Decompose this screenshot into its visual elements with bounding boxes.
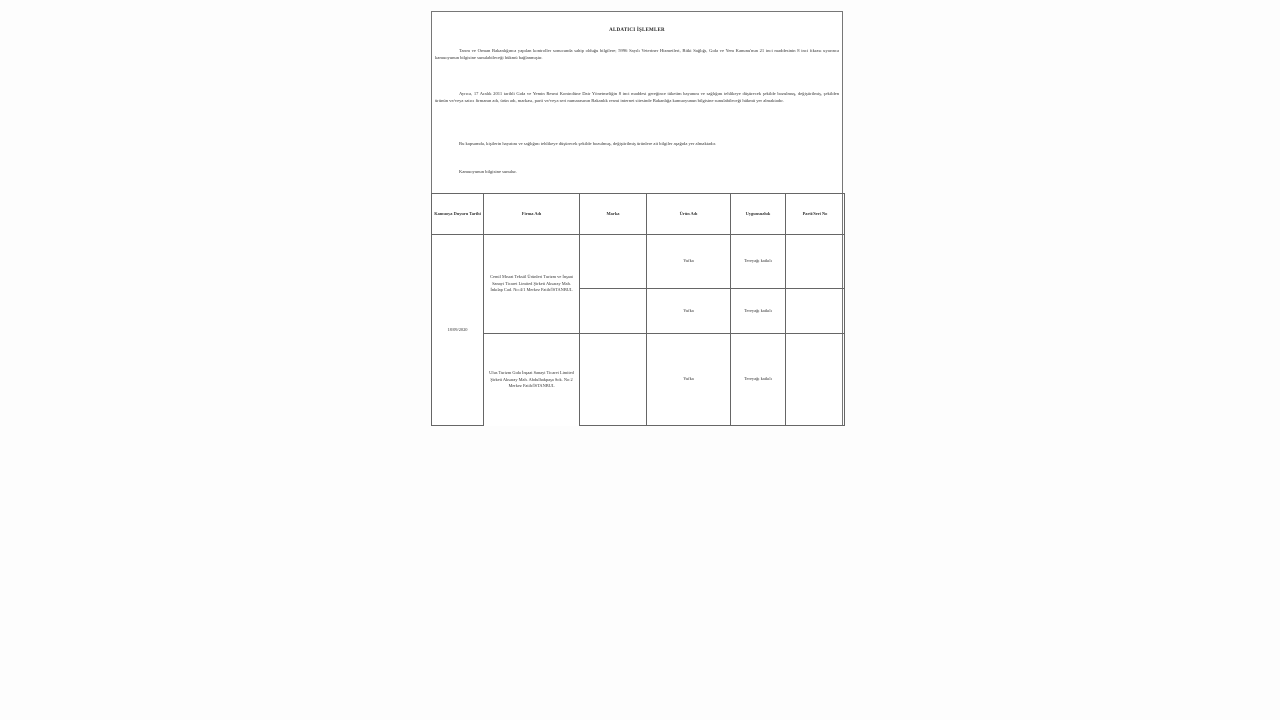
header-batch: Parti/Seri No <box>786 194 845 235</box>
brand-cell <box>580 235 647 289</box>
document-title: ALDATICI İŞLEMLER <box>432 28 842 33</box>
announcement-date: 18/09/2020 <box>432 235 484 426</box>
paragraph-1: Tarım ve Orman Bakanlığınca yapılan kont… <box>435 47 839 61</box>
nonconformity-cell: Tereyağı katkılı <box>731 289 786 334</box>
product-cell: Yufka <box>647 289 731 334</box>
batch-cell <box>786 235 845 289</box>
nonconformity-cell: Tereyağı katkılı <box>731 334 786 426</box>
header-firm: Firma Adı <box>484 194 580 235</box>
product-cell: Yufka <box>647 235 731 289</box>
header-nonconformity: Uygunsuzluk <box>731 194 786 235</box>
header-brand: Marka <box>580 194 647 235</box>
header-date: Kamuoya Duyuru Tarihi <box>432 194 484 235</box>
table-row: 18/09/2020 Cemil Mısrat Tekstil Ürünleri… <box>432 235 845 289</box>
paragraph-3: Bu kapsamda, kişilerin hayatını ve sağlı… <box>435 140 839 147</box>
table-header-row: Kamuoya Duyuru Tarihi Firma Adı Marka Ür… <box>432 194 845 235</box>
brand-cell <box>580 334 647 426</box>
firm-name-2: Ulus Turizm Gıda İnşaat Sanayi Ticaret L… <box>484 334 580 426</box>
paragraph-2: Ayrıca, 17 Aralık 2011 tarihli Gıda ve Y… <box>435 90 839 104</box>
product-cell: Yufka <box>647 334 731 426</box>
firm-name-1: Cemil Mısrat Tekstil Ürünleri Turizm ve … <box>484 235 580 334</box>
batch-cell <box>786 334 845 426</box>
table-row: Ulus Turizm Gıda İnşaat Sanayi Ticaret L… <box>432 334 845 426</box>
batch-cell <box>786 289 845 334</box>
nonconformity-cell: Tereyağı katkılı <box>731 235 786 289</box>
recall-table: Kamuoya Duyuru Tarihi Firma Adı Marka Ür… <box>431 193 845 426</box>
document-page: ALDATICI İŞLEMLER Tarım ve Orman Bakanlı… <box>431 11 843 426</box>
paragraph-4: Kamuoyunun bilgisine sunulur. <box>435 168 839 175</box>
brand-cell <box>580 289 647 334</box>
header-product: Ürün Adı <box>647 194 731 235</box>
